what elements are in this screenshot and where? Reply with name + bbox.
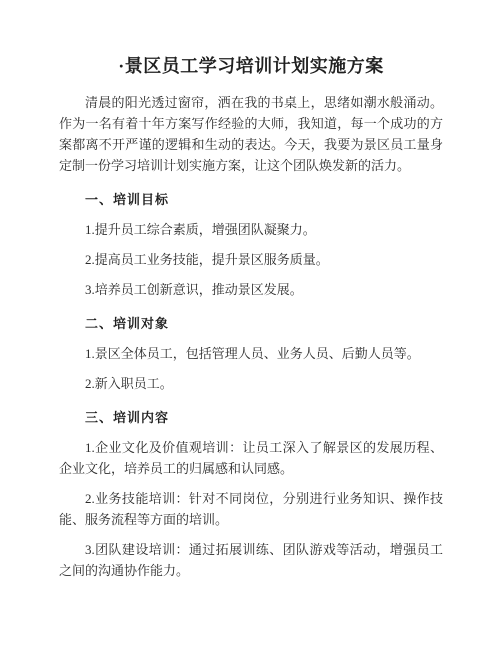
section-1-item-3: 3.培养员工创新意识，推动景区发展。 — [59, 279, 443, 300]
section-3-item-2: 2.业务技能培训：针对不同岗位，分别进行业务知识、操作技能、服务流程等方面的培训… — [59, 488, 443, 530]
section-1-heading: 一、培训目标 — [59, 189, 443, 210]
section-2-heading: 二、培训对象 — [59, 313, 443, 334]
intro-paragraph: 清晨的阳光透过窗帘，洒在我的书桌上，思绪如潮水般涌动。作为一名有着十年方案写作经… — [59, 92, 443, 176]
document-title: ·景区员工学习培训计划实施方案 — [59, 55, 443, 77]
section-2-item-1: 1.景区全体员工，包括管理人员、业务人员、后勤人员等。 — [59, 343, 443, 364]
section-3-item-3: 3.团队建设培训：通过拓展训练、团队游戏等活动，增强员工之间的沟通协作能力。 — [59, 539, 443, 581]
section-1-item-1: 1.提升员工综合素质，增强团队凝聚力。 — [59, 219, 443, 240]
section-3-item-1: 1.企业文化及价值观培训：让员工深入了解景区的发展历程、企业文化，培养员工的归属… — [59, 437, 443, 479]
section-1-item-2: 2.提高员工业务技能，提升景区服务质量。 — [59, 249, 443, 270]
section-2-item-2: 2.新入职员工。 — [59, 373, 443, 394]
document-page: ·景区员工学习培训计划实施方案 清晨的阳光透过窗帘，洒在我的书桌上，思绪如潮水般… — [0, 0, 500, 647]
section-3-heading: 三、培训内容 — [59, 407, 443, 428]
